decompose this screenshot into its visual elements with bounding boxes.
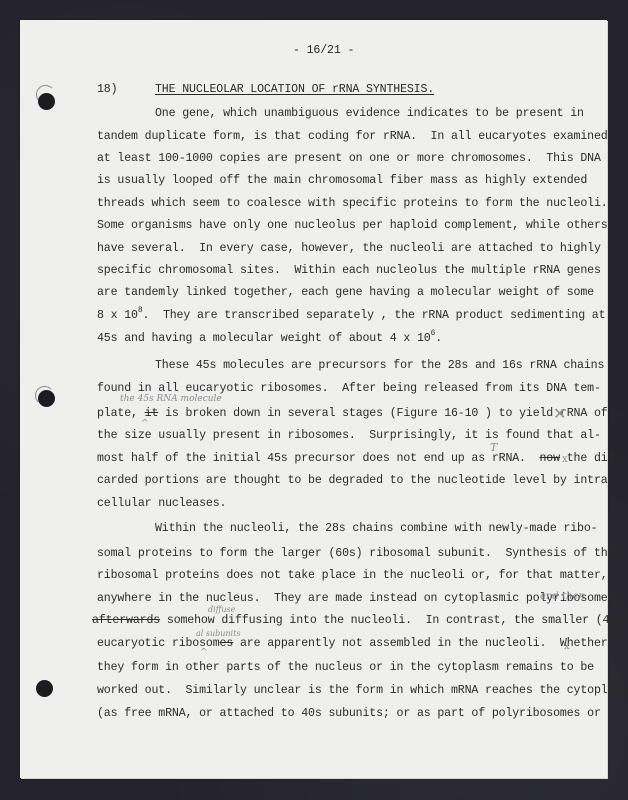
text-line-with-correction: eucaryotic ribosomes are apparently not … — [97, 637, 608, 651]
text-line: have several. In every case, however, th… — [97, 242, 601, 256]
text-line: at least 100-1000 copies are present on … — [97, 152, 601, 166]
margin-x-mark: x — [564, 641, 570, 652]
section-title: THE NUCLEOLAR LOCATION OF rRNA SYNTHESIS… — [155, 83, 434, 97]
struck-word: now — [539, 452, 559, 465]
text-line-with-correction: plate, it is broken down in several stag… — [97, 407, 608, 421]
handwritten-insertion: the 45s RNA molecule — [120, 394, 222, 404]
text-line: anywhere in the nucleus. They are made i… — [97, 592, 614, 606]
margin-note: and then — [540, 591, 585, 602]
text-line: the size usually present in ribosomes. S… — [97, 429, 601, 443]
section-number: 18) — [97, 83, 117, 97]
text-line-with-exponent: 8 x 108. They are transcribed separately… — [97, 309, 605, 323]
caret-mark: ^ — [141, 419, 149, 429]
text-line: Some organisms have only one nucleolus p… — [97, 219, 608, 233]
struck-word: afterwards — [92, 614, 160, 627]
text-line: Within the nucleoli, the 28s chains comb… — [155, 522, 597, 536]
text-line: specific chromosomal sites. Within each … — [97, 264, 601, 278]
text-line: These 45s molecules are precursors for t… — [155, 359, 604, 373]
punch-hole — [38, 93, 55, 110]
text-line: they form in other parts of the nucleus … — [97, 661, 594, 675]
handwritten-insertion: diffuse — [208, 605, 235, 614]
caret-mark: ^ — [200, 648, 208, 658]
text-line: ribosomal proteins does not take place i… — [97, 569, 608, 583]
text-line: One gene, which unambiguous evidence ind… — [155, 107, 584, 121]
struck-word: es — [220, 637, 234, 650]
text-line-with-exponent: 45s and having a molecular weight of abo… — [97, 332, 442, 346]
text-line: tandem duplicate form, is that coding fo… — [97, 130, 614, 144]
page-number: - 16/21 - — [293, 44, 354, 58]
margin-cross-mark: ✕ — [553, 404, 566, 423]
text-line: cellular nucleases. — [97, 497, 226, 511]
text-line: somal proteins to form the larger (60s) … — [97, 547, 614, 561]
text-line: (as free mRNA, or attached to 40s subuni… — [97, 707, 601, 721]
text-line-with-correction: most half of the initial 45s precursor d… — [97, 452, 621, 466]
text-line: carded portions are thought to be degrad… — [97, 474, 614, 488]
handwritten-capital-mark: T — [490, 441, 497, 454]
text-line: worked out. Similarly unclear is the for… — [97, 684, 628, 698]
text-line: are tandemly linked together, each gene … — [97, 286, 594, 300]
punch-hole — [36, 680, 53, 697]
margin-x-mark: x — [562, 454, 568, 465]
text-line: is usually looped off the main chromosom… — [97, 174, 587, 188]
text-line: threads which seem to coalesce with spec… — [97, 197, 608, 211]
text-line-with-correction: afterwards somehow diffusing into the nu… — [92, 614, 628, 628]
punch-hole — [38, 390, 55, 407]
